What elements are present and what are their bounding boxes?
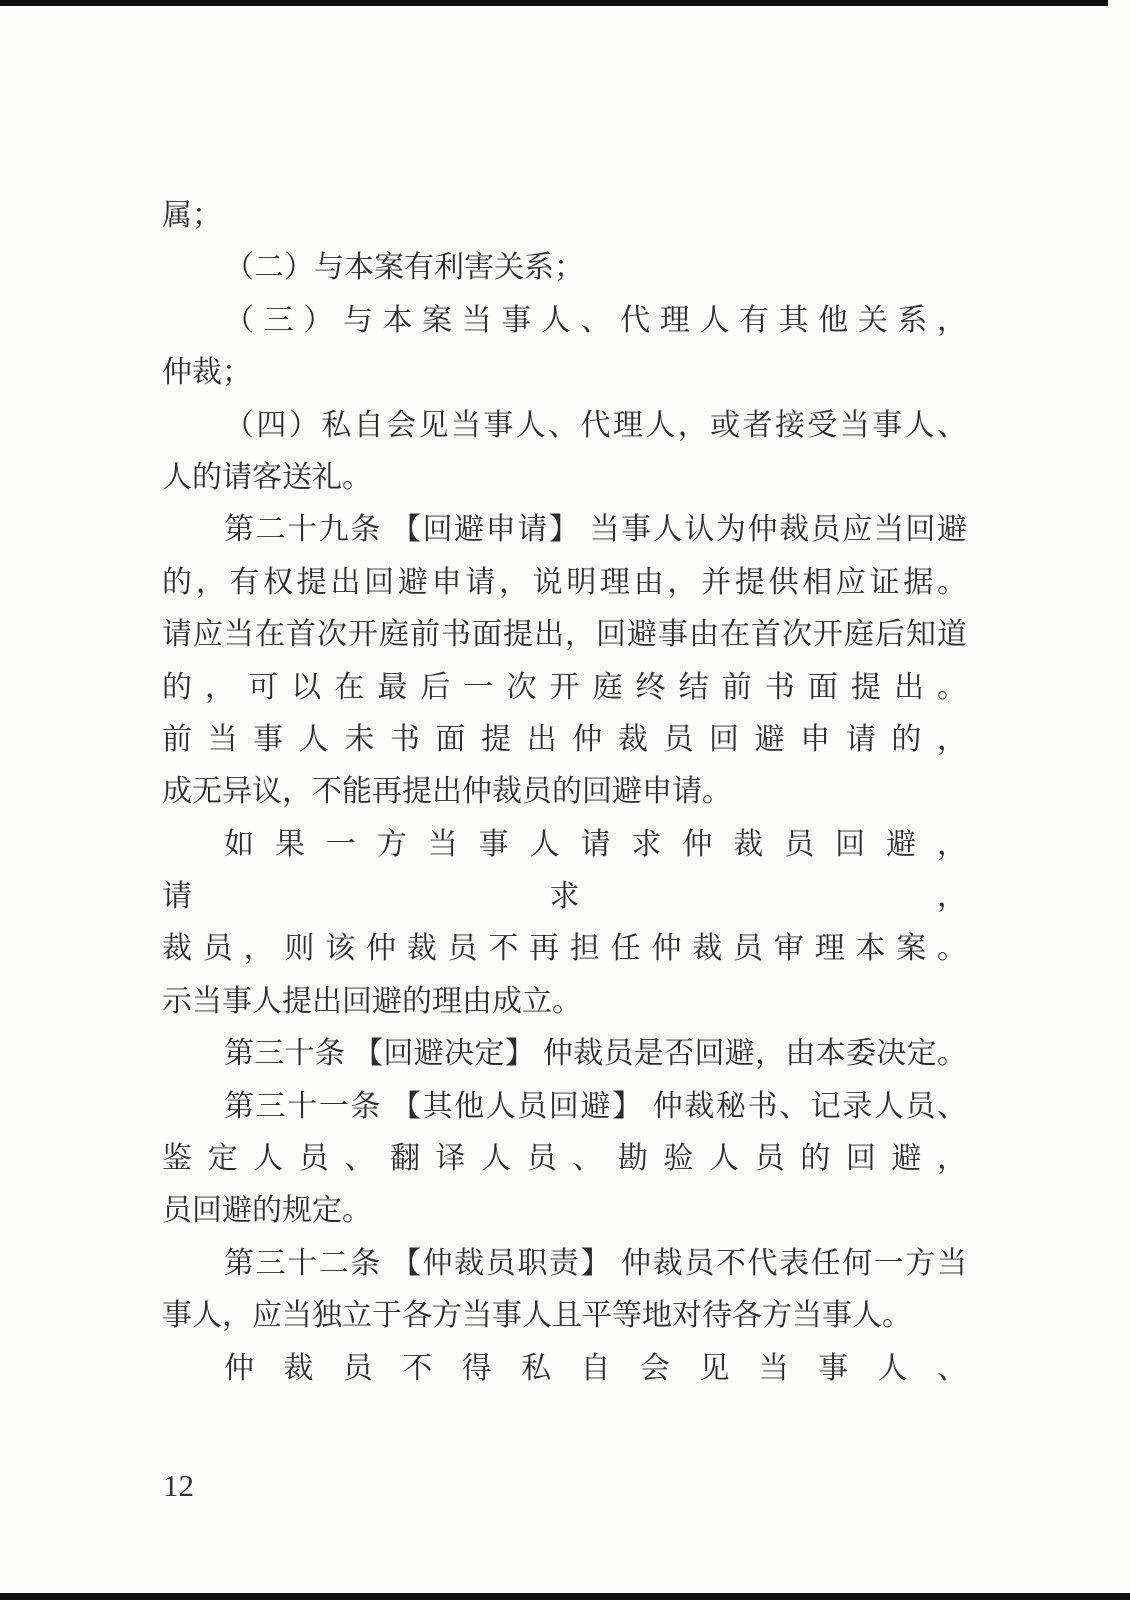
- text-line: （四）私自会见当事人、代理人，或者接受当事人、代理: [162, 400, 967, 452]
- document-page: 属；（二）与本案有利害关系；（三）与本案当事人、代理人有其他关系，可能影响公正仲…: [0, 0, 1130, 1600]
- text-line: 请应当在首次开庭前书面提出，回避事由在首次开庭后知道: [162, 609, 967, 661]
- text-line: 如果一方当事人请求仲裁员回避，另一方当事人同意回避: [162, 819, 967, 871]
- text-line: 事人，应当独立于各方当事人且平等地对待各方当事人。: [162, 1290, 967, 1342]
- text-line: 第二十九条 【回避申请】 当事人认为仲裁员应当回避: [162, 504, 967, 556]
- scan-edge-top: [0, 0, 1108, 6]
- page-number: 12: [163, 1468, 194, 1504]
- text-line: 第三十一条 【其他人员回避】 仲裁秘书、记录人员、: [162, 1081, 967, 1133]
- text-line: 裁员，则该仲裁员不再担任仲裁员审理本案。上述情形并不表: [162, 923, 967, 975]
- text-line: （三）与本案当事人、代理人有其他关系，可能影响公正: [162, 295, 967, 347]
- text-line: 的，有权提出回避申请，说明理由，并提供相应证据。回避申: [162, 557, 967, 609]
- text-line: 的，可以在最后一次开庭终结前书面提出。最后一次开庭终结: [162, 662, 967, 714]
- text-line: 仲裁员不得私自会见当事人、代理人或者以其他方式与当: [162, 1343, 967, 1395]
- text-line: 示当事人提出回避的理由成立。: [162, 976, 967, 1028]
- scan-edge-bottom: [0, 1593, 1130, 1600]
- text-line: 鉴定人员、翻译人员、勘验人员的回避，适用本规则关于仲裁: [162, 1133, 967, 1185]
- document-body: 属；（二）与本案有利害关系；（三）与本案当事人、代理人有其他关系，可能影响公正仲…: [162, 190, 967, 1395]
- text-line: （二）与本案有利害关系；: [162, 242, 967, 294]
- text-line: 仲裁；: [162, 347, 967, 399]
- text-line: 第三十二条 【仲裁员职责】 仲裁员不代表任何一方当: [162, 1238, 967, 1290]
- text-line: 前当事人未书面提出仲裁员回避申请的，视为对该仲裁庭的组: [162, 714, 967, 766]
- text-line: 属；: [162, 190, 967, 242]
- text-line: 人的请客送礼。: [162, 452, 967, 504]
- text-line: 成无异议，不能再提出仲裁员的回避申请。: [162, 766, 967, 818]
- text-line: 员回避的规定。: [162, 1185, 967, 1237]
- text-line: 请求，或请求回避的仲裁员主动提出不再担任该仲裁案件的仲: [162, 871, 967, 923]
- text-line: 第三十条 【回避决定】 仲裁员是否回避，由本委决定。: [162, 1028, 967, 1080]
